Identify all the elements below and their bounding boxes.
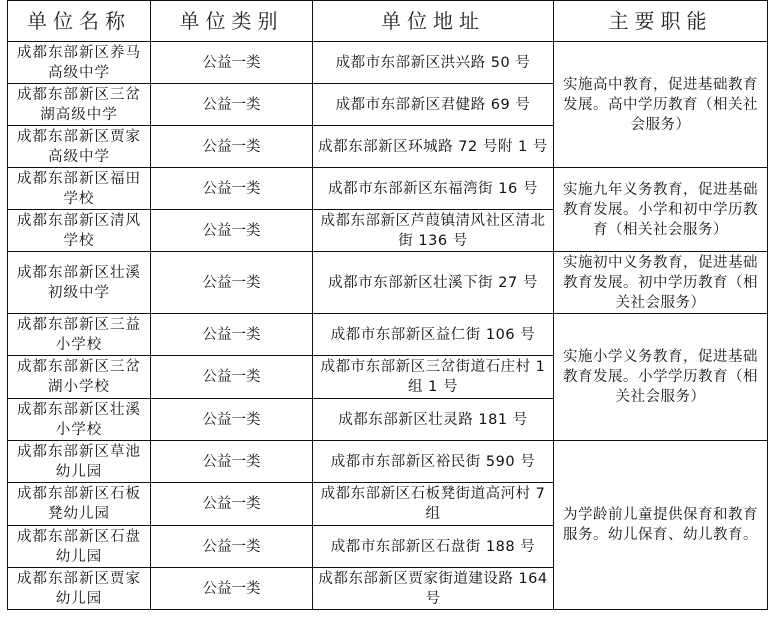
public-institutions-table: 单位名称 单位类别 单位地址 主要职能 成都东部新区养马高级中学 公益一类 成都…: [7, 0, 768, 610]
unit-category-cell: 公益一类: [151, 42, 313, 84]
main-function-cell: 实施九年义务教育，促进基础教育发展。小学和初中学历教育（相关社会服务）: [554, 168, 768, 252]
unit-category-cell: 公益一类: [151, 356, 313, 399]
table-row: 成都东部新区福田学校 公益一类 成都市东部新区东福湾街 16 号 实施九年义务教…: [8, 168, 768, 210]
unit-name-cell: 成都东部新区养马高级中学: [8, 42, 151, 84]
unit-name-cell: 成都东部新区贾家高级中学: [8, 126, 151, 168]
unit-address-cell: 成都东部新区壮灵路 181 号: [313, 399, 554, 441]
unit-address-cell: 成都市东部新区裕民街 590 号: [313, 441, 554, 483]
unit-address-cell: 成都东部新区芦葭镇清风社区清北街 136 号: [313, 210, 554, 252]
header-unit-name: 单位名称: [8, 1, 151, 42]
main-function-cell: 实施初中义务教育，促进基础教育发展。初中学历教育（相关社会服务）: [554, 252, 768, 314]
unit-category-cell: 公益一类: [151, 314, 313, 356]
main-function-cell: 实施小学义务教育，促进基础教育发展。小学学历教育（相关社会服务）: [554, 314, 768, 441]
unit-category-cell: 公益一类: [151, 252, 313, 314]
unit-address-cell: 成都市东部新区益仁街 106 号: [313, 314, 554, 356]
unit-category-cell: 公益一类: [151, 210, 313, 252]
unit-address-cell: 成都市东部新区石盘街 188 号: [313, 526, 554, 568]
unit-address-cell: 成都市东部新区洪兴路 50 号: [313, 42, 554, 84]
unit-name-cell: 成都东部新区清风学校: [8, 210, 151, 252]
table-row: 成都东部新区三益小学校 公益一类 成都市东部新区益仁街 106 号 实施小学义务…: [8, 314, 768, 356]
unit-category-cell: 公益一类: [151, 526, 313, 568]
unit-address-cell: 成都东部新区石板凳街道高河村 7 组: [313, 483, 554, 526]
unit-address-cell: 成都市东部新区壮溪下街 27 号: [313, 252, 554, 314]
unit-category-cell: 公益一类: [151, 483, 313, 526]
unit-name-cell: 成都东部新区石板凳幼儿园: [8, 483, 151, 526]
unit-category-cell: 公益一类: [151, 399, 313, 441]
unit-category-cell: 公益一类: [151, 168, 313, 210]
unit-name-cell: 成都东部新区福田学校: [8, 168, 151, 210]
table-row: 成都东部新区养马高级中学 公益一类 成都市东部新区洪兴路 50 号 实施高中教育…: [8, 42, 768, 84]
unit-address-cell: 成都东部新区环城路 72 号附 1 号: [313, 126, 554, 168]
unit-category-cell: 公益一类: [151, 568, 313, 610]
header-unit-address: 单位地址: [313, 1, 554, 42]
unit-category-cell: 公益一类: [151, 126, 313, 168]
unit-name-cell: 成都东部新区壮溪初级中学: [8, 252, 151, 314]
unit-name-cell: 成都东部新区三岔湖高级中学: [8, 84, 151, 126]
main-function-cell: 实施高中教育，促进基础教育发展。高中学历教育（相关社会服务）: [554, 42, 768, 168]
main-function-cell: 为学龄前儿童提供保育和教育服务。幼儿保育、幼儿教育。: [554, 441, 768, 610]
header-main-function: 主要职能: [554, 1, 768, 42]
table-header-row: 单位名称 单位类别 单位地址 主要职能: [8, 1, 768, 42]
unit-name-cell: 成都东部新区三岔湖小学校: [8, 356, 151, 399]
unit-address-cell: 成都市东部新区东福湾街 16 号: [313, 168, 554, 210]
unit-address-cell: 成都市东部新区三岔街道石庄村 1 组 1 号: [313, 356, 554, 399]
unit-name-cell: 成都东部新区三益小学校: [8, 314, 151, 356]
unit-name-cell: 成都东部新区贾家幼儿园: [8, 568, 151, 610]
unit-address-cell: 成都市东部新区君健路 69 号: [313, 84, 554, 126]
unit-name-cell: 成都东部新区草池幼儿园: [8, 441, 151, 483]
unit-category-cell: 公益一类: [151, 84, 313, 126]
unit-address-cell: 成都东部新区贾家街道建设路 164 号: [313, 568, 554, 610]
unit-name-cell: 成都东部新区石盘幼儿园: [8, 526, 151, 568]
unit-category-cell: 公益一类: [151, 441, 313, 483]
table-row: 成都东部新区草池幼儿园 公益一类 成都市东部新区裕民街 590 号 为学龄前儿童…: [8, 441, 768, 483]
unit-name-cell: 成都东部新区壮溪小学校: [8, 399, 151, 441]
header-unit-category: 单位类别: [151, 1, 313, 42]
table-row: 成都东部新区壮溪初级中学 公益一类 成都市东部新区壮溪下街 27 号 实施初中义…: [8, 252, 768, 314]
